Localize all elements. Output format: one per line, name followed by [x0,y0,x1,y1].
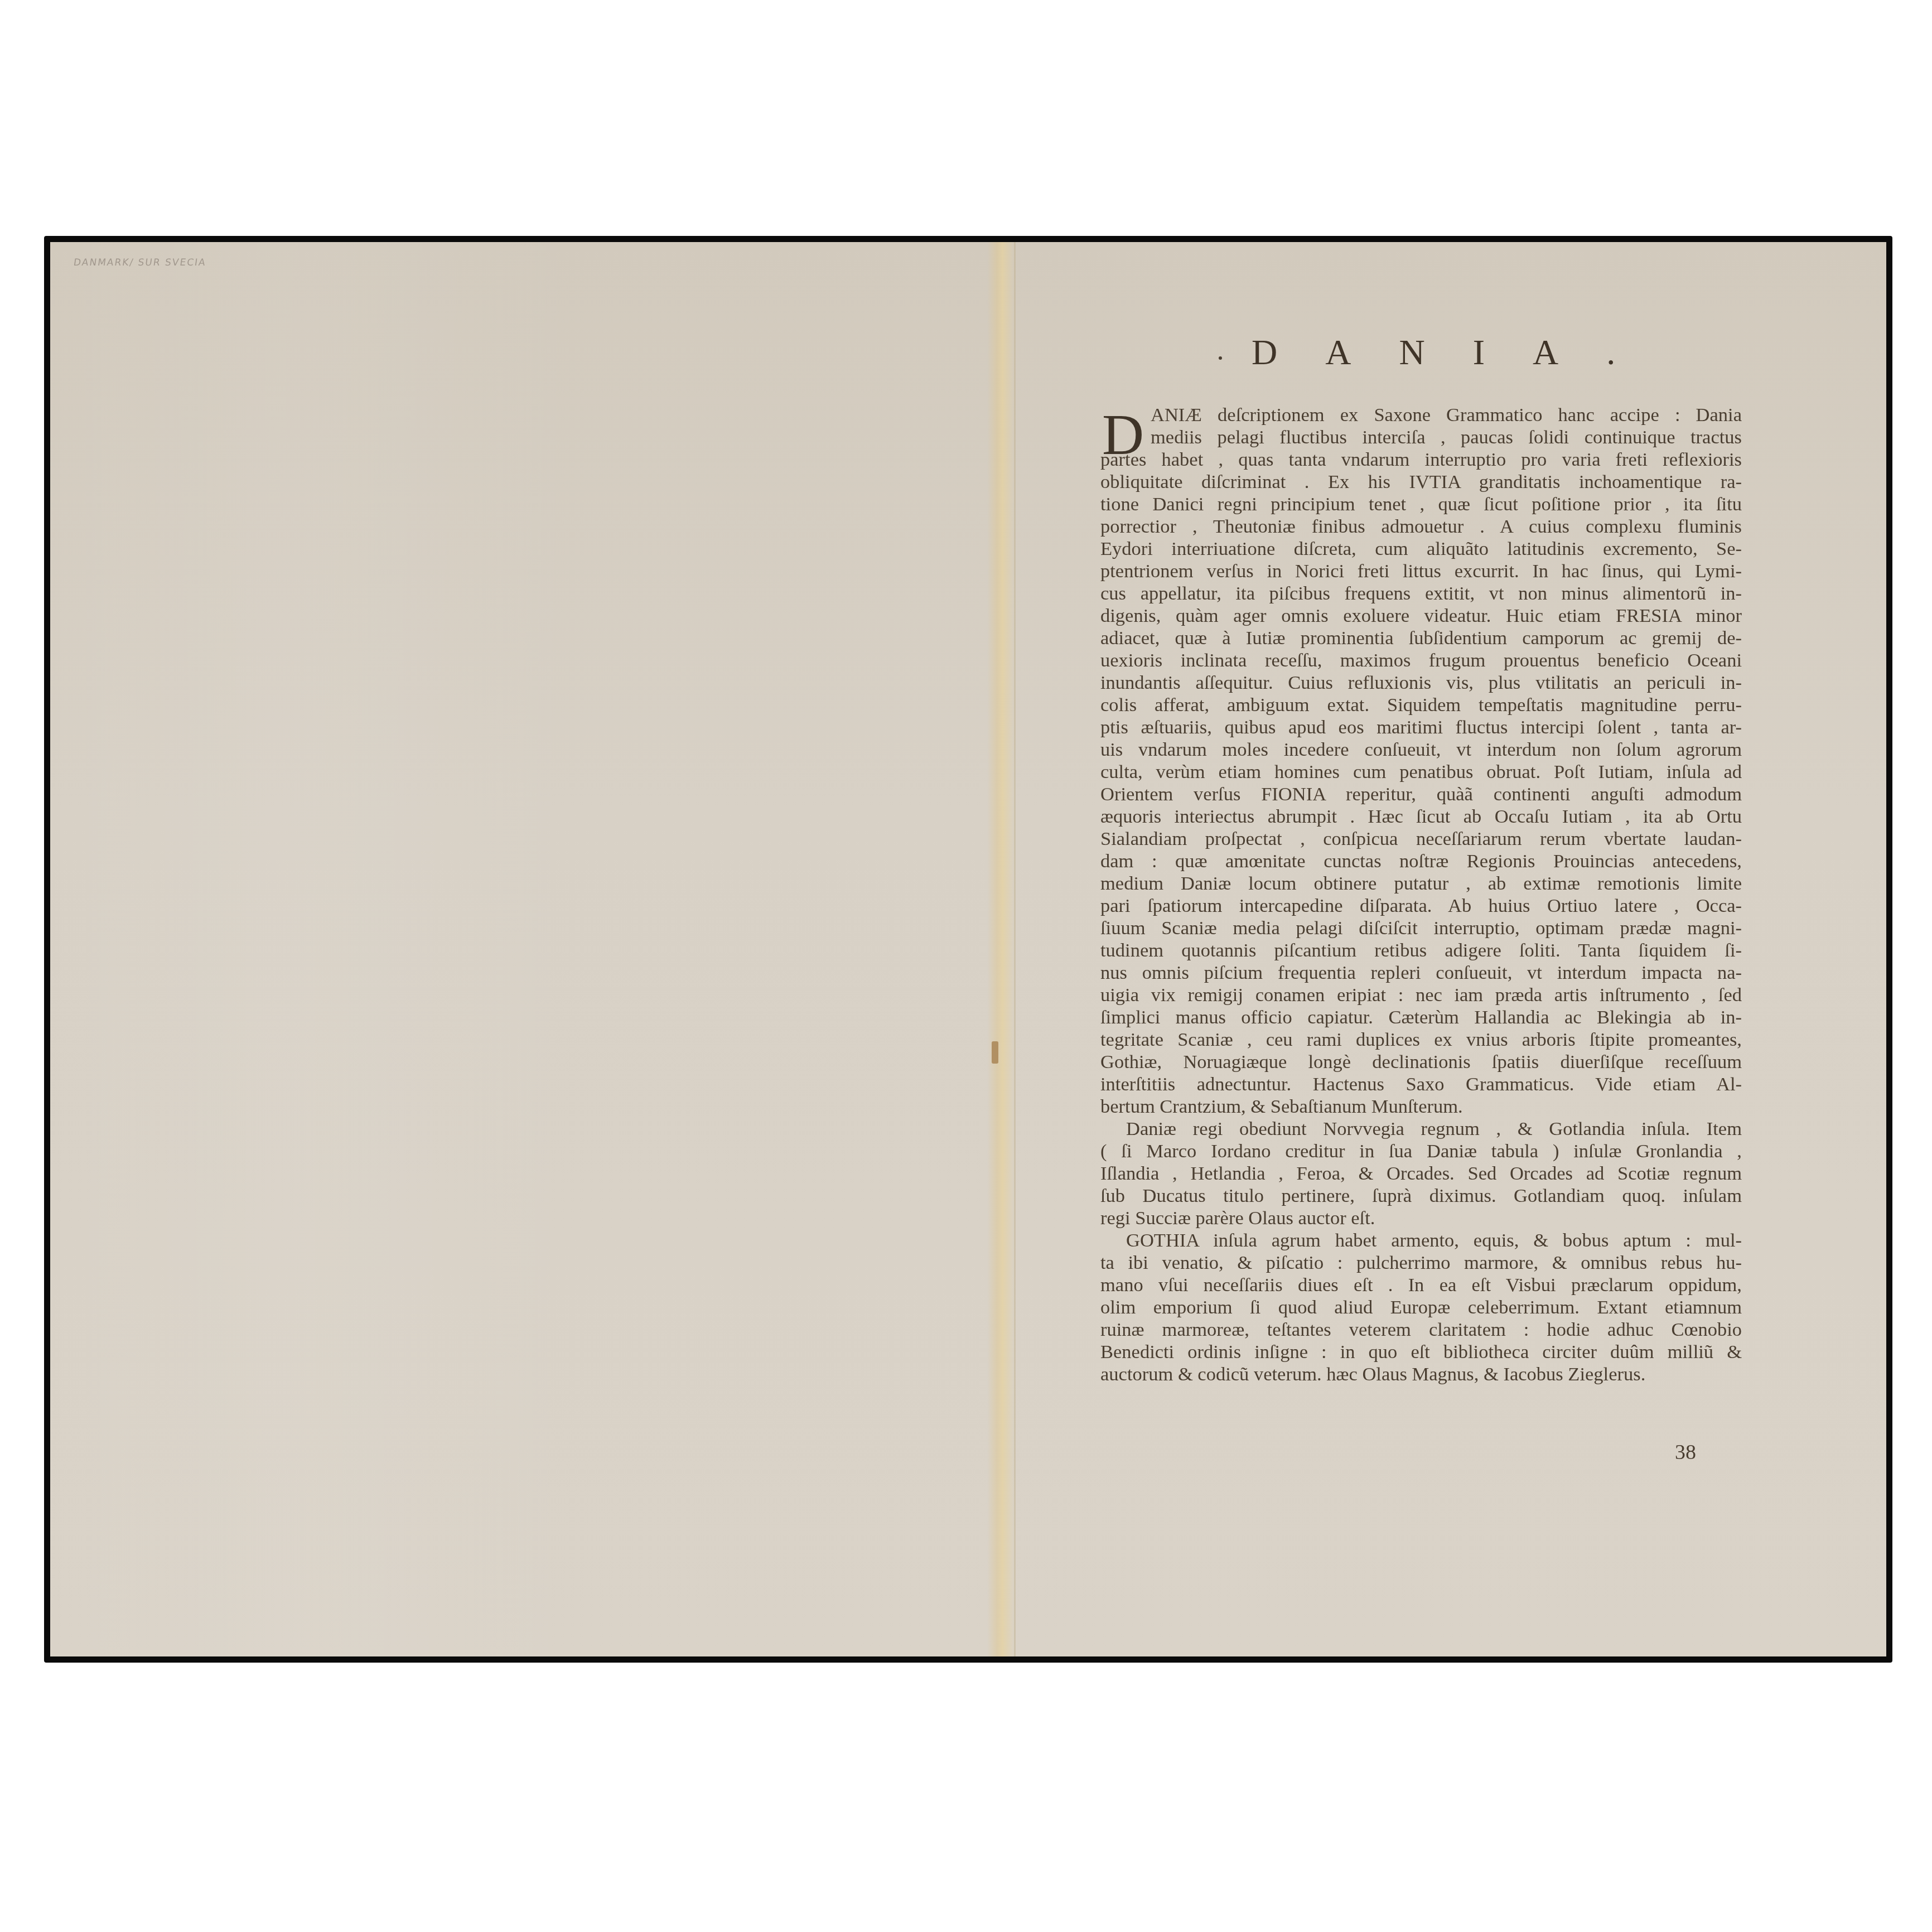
page-title: DANIA. [1252,335,1653,370]
text-line: Benedicti ordinis inſigne : in quo eſt b… [1100,1341,1742,1363]
text-line: Orientem verſus FIONIA reperitur, quàã c… [1100,783,1742,805]
text-line: Eydori interriuatione diſcreta, cum aliq… [1100,538,1742,560]
text-line: tudinem quotannis piſcantium retibus adi… [1100,939,1742,962]
title-ornament-dot [1219,356,1222,360]
paper-sheet: DANMARK/ SUR SVECIA DANIA. D ANIÆ deſcri… [50,242,1886,1656]
text-line: Iſlandia , Hetlandia , Feroa, & Orcades.… [1100,1162,1742,1185]
text-line: ANIÆ deſcriptionem ex Saxone Grammatico … [1100,404,1742,426]
text-line: nus omnis piſcium frequentia repleri con… [1100,962,1742,984]
text-line: digenis, quàm ager omnis exoluere videat… [1100,605,1742,627]
scan-frame: DANMARK/ SUR SVECIA DANIA. D ANIÆ deſcri… [44,236,1892,1663]
text-line: æquoris interiectus abrumpit . Hæc ſicut… [1100,805,1742,828]
text-line: porrectior , Theutoniæ finibus admouetur… [1100,515,1742,538]
text-line: obliquitate diſcriminat . Ex his IVTIA g… [1100,471,1742,493]
text-line: partes habet , quas tanta vndarum interr… [1100,448,1742,471]
text-line: dam : quæ amœnitate cunctas noſtræ Regio… [1100,850,1742,872]
text-line: adiacet, quæ à Iutiæ prominentia ſubſide… [1100,627,1742,649]
text-line: medium Daniæ locum obtinere putatur , ab… [1100,872,1742,895]
text-line: tione Danici regni principium tenet , qu… [1100,493,1742,515]
text-line: inundantis aſſequitur. Cuius refluxionis… [1100,672,1742,694]
text-line: uexioris inclinata receſſu, maximos frug… [1100,649,1742,672]
text-line: colis afferat, ambiguum extat. Siquidem … [1100,694,1742,716]
text-line: bertum Crantzium, & Sebaſtianum Munſteru… [1100,1095,1742,1118]
text-line: Sialandiam proſpectat , conſpicua neceſſ… [1100,828,1742,850]
text-line: ta ibi venatio, & piſcatio : pulcherrimo… [1100,1252,1742,1274]
text-line: Daniæ regi obediunt Norvvegia regnum , &… [1100,1118,1742,1140]
text-line: culta, verùm etiam homines cum penatibus… [1100,761,1742,783]
text-line: GOTHIA inſula agrum habet armento, equis… [1100,1229,1742,1252]
text-line: ptis æſtuariis, quibus apud eos maritimi… [1100,716,1742,738]
drop-cap: D [1102,406,1144,464]
text-line: regi Succiæ parère Olaus auctor eſt. [1100,1207,1742,1229]
text-line: uis vndarum moles incedere conſueuit, vt… [1100,738,1742,761]
paragraphs: ANIÆ deſcriptionem ex Saxone Grammatico … [1100,404,1742,1385]
right-page-text: DANIA. D ANIÆ deſcriptionem ex Saxone Gr… [1010,242,1886,1656]
text-line: auctorum & codicũ veterum. hæc Olaus Mag… [1100,1363,1742,1385]
text-line: pari ſpatiorum intercapedine diſparata. … [1100,895,1742,917]
text-line: mano vſui neceſſariis diues eſt . In ea … [1100,1274,1742,1296]
text-line: ſub Ducatus titulo pertinere, ſuprà dixi… [1100,1185,1742,1207]
text-line: interſtitiis adnectuntur. Hactenus Saxo … [1100,1073,1742,1095]
foxing-stain [992,1041,998,1064]
text-line: cus appellatur, ita piſcibus frequens ex… [1100,582,1742,605]
text-line: Gothiæ, Noruagiæque longè declinationis … [1100,1051,1742,1073]
pencil-annotation: DANMARK/ SUR SVECIA [73,257,207,268]
text-line: ( ſi Marco Iordano creditur in ſua Daniæ… [1100,1140,1742,1162]
text-line: uigia vix remigij conamen eripiat : nec … [1100,984,1742,1006]
text-line: ſimplici manus officio capiatur. Cæterùm… [1100,1006,1742,1028]
text-line: ruinæ marmoreæ, teſtantes veterem clarit… [1100,1318,1742,1341]
body-text: D ANIÆ deſcriptionem ex Saxone Grammatic… [1100,404,1742,1385]
text-line: mediis pelagi fluctibus interciſa , pauc… [1100,426,1742,448]
page-number: 38 [1675,1440,1696,1465]
text-line: ptentrionem verſus in Norici freti littu… [1100,560,1742,582]
text-line: ſiuum Scaniæ media pelagi diſciſcit inte… [1100,917,1742,939]
text-line: tegritate Scaniæ , ceu rami duplices ex … [1100,1028,1742,1051]
text-line: olim emporium ſi quod aliud Europæ celeb… [1100,1296,1742,1318]
left-page-blank: DANMARK/ SUR SVECIA [50,242,998,1656]
